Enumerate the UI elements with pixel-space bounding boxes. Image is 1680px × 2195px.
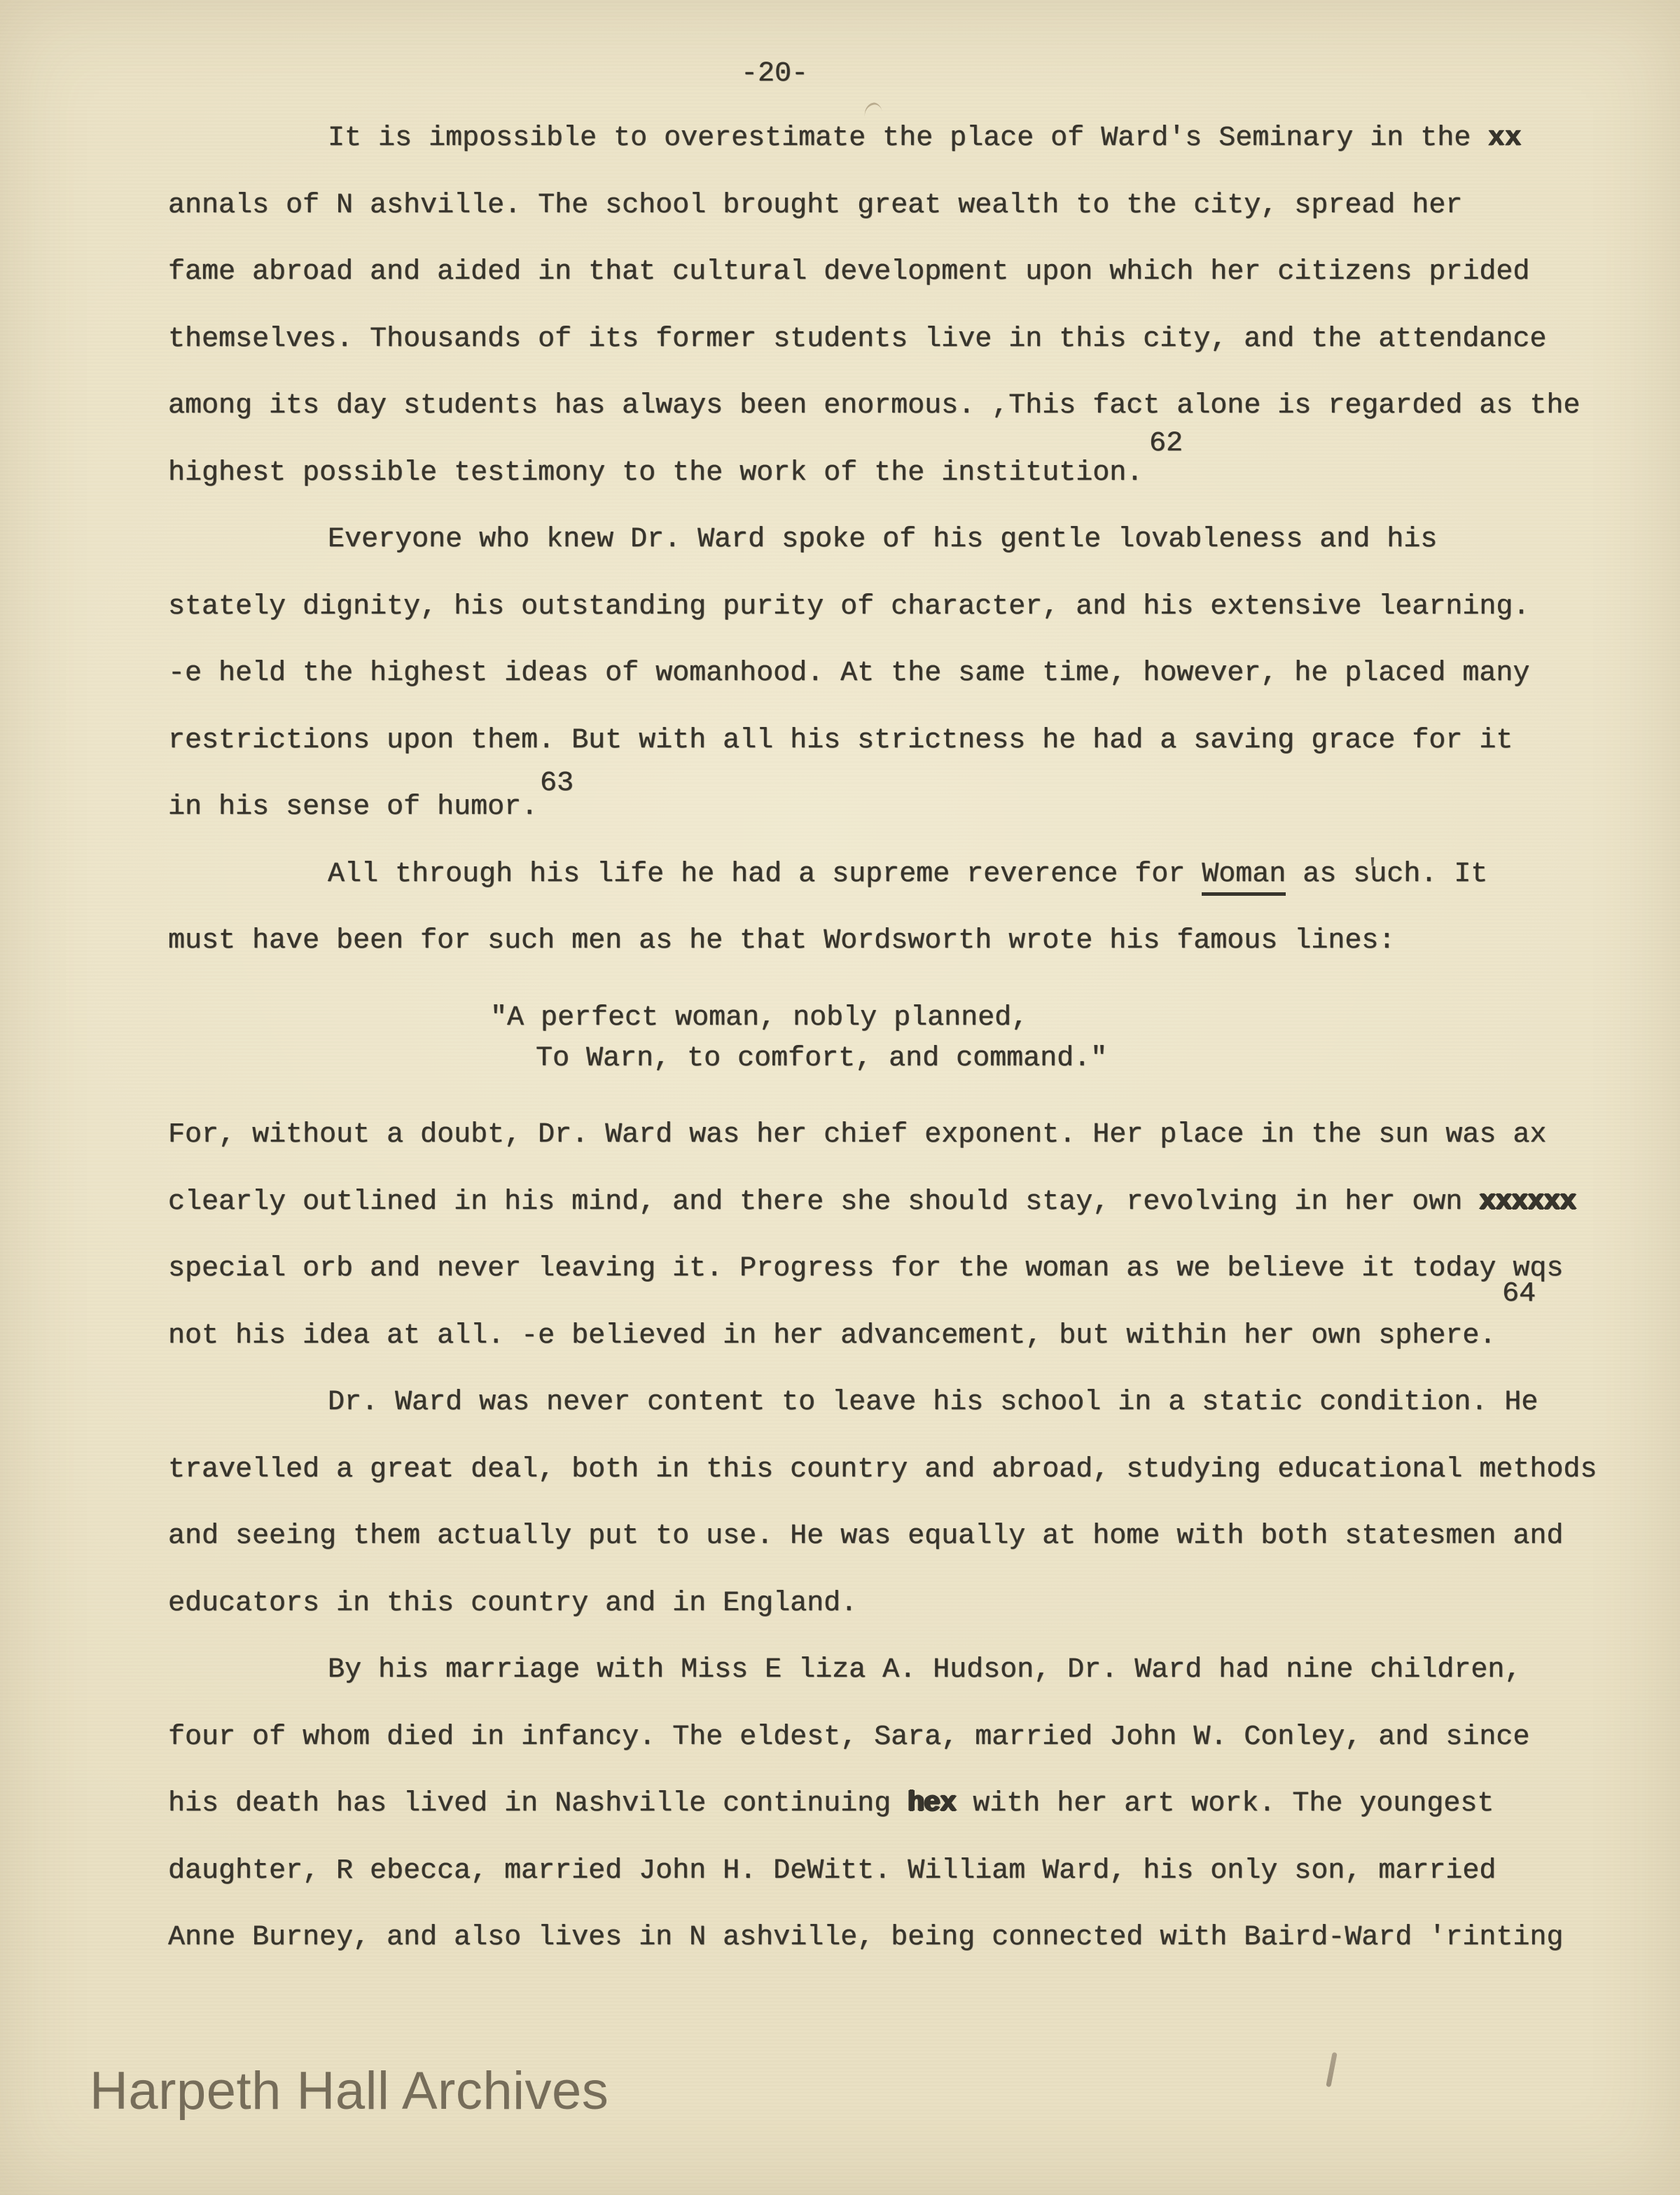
typed-segment: Anne Burney, and also lives in N ashvill… bbox=[168, 1922, 1563, 1953]
typed-segment: daughter, R ebecca, married John H. DeWi… bbox=[168, 1855, 1496, 1887]
document-page: -20- It is impossible to overestimate th… bbox=[0, 0, 1680, 2195]
typed-line: must have been for such men as he that W… bbox=[168, 927, 1395, 955]
stray-mark-tick: ' bbox=[1364, 857, 1381, 885]
typed-segment: in his sense of humor. bbox=[168, 791, 538, 823]
typed-line: travelled a great deal, both in this cou… bbox=[168, 1456, 1597, 1484]
stray-mark-squiggle bbox=[862, 102, 882, 118]
typed-line: To Warn, to comfort, and command." bbox=[536, 1045, 1107, 1073]
typed-segment: It is impossible to overestimate the pla… bbox=[328, 123, 1487, 154]
typed-line: among its day students has always been e… bbox=[168, 392, 1580, 420]
typed-segment: must have been for such men as he that W… bbox=[168, 925, 1395, 957]
typed-segment: All through his life he had a supreme re… bbox=[328, 859, 1202, 890]
typed-segment: themselves. Thousands of its former stud… bbox=[168, 324, 1546, 355]
typed-segment: among its day students has always been e… bbox=[168, 390, 1580, 422]
typed-line: It is impossible to overestimate the pla… bbox=[328, 125, 1521, 153]
typed-line: and seeing them actually put to use. He … bbox=[168, 1523, 1563, 1551]
footnote-number: 63 bbox=[540, 770, 574, 798]
typed-line: Anne Burney, and also lives in N ashvill… bbox=[168, 1924, 1563, 1952]
typed-line: four of whom died in infancy. The eldest… bbox=[168, 1724, 1529, 1752]
typed-segment: with her art work. The youngest bbox=[956, 1788, 1494, 1820]
typed-segment: travelled a great deal, both in this cou… bbox=[168, 1454, 1597, 1486]
typed-segment: annals of N ashville. The school brought… bbox=[168, 190, 1462, 221]
typed-line: stately dignity, his outstanding purity … bbox=[168, 593, 1529, 621]
typed-line: his death has lived in Nashville continu… bbox=[168, 1790, 1494, 1818]
typed-segment: his death has lived in Nashville continu… bbox=[168, 1788, 908, 1820]
typed-segment-ov: xx bbox=[1487, 123, 1521, 154]
typed-line: fame abroad and aided in that cultural d… bbox=[168, 258, 1529, 286]
typed-segment: and seeing them actually put to use. He … bbox=[168, 1521, 1563, 1552]
typed-segment: educators in this country and in England… bbox=[168, 1588, 857, 1619]
typed-line: All through his life he had a supreme re… bbox=[328, 861, 1487, 889]
typed-segment: "A perfect woman, nobly planned, bbox=[490, 1002, 1028, 1034]
typed-line: For, without a doubt, Dr. Ward was her c… bbox=[168, 1121, 1546, 1149]
typed-line: "A perfect woman, nobly planned, bbox=[490, 1004, 1028, 1032]
typed-line: restrictions upon them. But with all his… bbox=[168, 727, 1513, 755]
typed-segment: -e held the highest ideas of womanhood. … bbox=[168, 658, 1529, 689]
archive-watermark: Harpeth Hall Archives bbox=[90, 2065, 609, 2118]
typed-line: -e held the highest ideas of womanhood. … bbox=[168, 660, 1529, 688]
typed-line: themselves. Thousands of its former stud… bbox=[168, 326, 1546, 354]
typed-segment: To Warn, to comfort, and command." bbox=[536, 1043, 1107, 1074]
typed-line: not his idea at all. -e believed in her … bbox=[168, 1322, 1496, 1350]
typed-segment: highest possible testimony to the work o… bbox=[168, 457, 1143, 489]
typed-line: educators in this country and in England… bbox=[168, 1590, 857, 1618]
footnote-number: 62 bbox=[1149, 430, 1183, 458]
typed-line: By his marriage with Miss E liza A. Huds… bbox=[328, 1656, 1521, 1684]
typed-segment: restrictions upon them. But with all his… bbox=[168, 725, 1513, 756]
typed-line: special orb and never leaving it. Progre… bbox=[168, 1255, 1563, 1283]
typed-segment: For, without a doubt, Dr. Ward was her c… bbox=[168, 1119, 1546, 1151]
footnote-number: 64 bbox=[1502, 1280, 1536, 1308]
typed-line: annals of N ashville. The school brought… bbox=[168, 192, 1462, 220]
typed-segment-blot: xxxxxx bbox=[1479, 1186, 1576, 1218]
typed-segment-ul: Woman bbox=[1202, 859, 1286, 896]
typed-line: daughter, R ebecca, married John H. DeWi… bbox=[168, 1857, 1496, 1885]
typed-line: in his sense of humor. bbox=[168, 794, 538, 822]
page-number: -20- bbox=[741, 60, 808, 88]
typed-segment: four of whom died in infancy. The eldest… bbox=[168, 1722, 1529, 1753]
typed-line: Everyone who knew Dr. Ward spoke of his … bbox=[328, 526, 1437, 554]
typed-segment: special orb and never leaving it. Progre… bbox=[168, 1253, 1563, 1285]
typed-segment: as such. It bbox=[1286, 859, 1487, 890]
typed-line: highest possible testimony to the work o… bbox=[168, 459, 1143, 487]
typed-segment: stately dignity, his outstanding purity … bbox=[168, 591, 1529, 623]
typed-segment: Dr. Ward was never content to leave his … bbox=[328, 1387, 1538, 1418]
typed-segment: By his marriage with Miss E liza A. Huds… bbox=[328, 1654, 1521, 1686]
typed-line: Dr. Ward was never content to leave his … bbox=[328, 1389, 1538, 1417]
typed-segment: Everyone who knew Dr. Ward spoke of his … bbox=[328, 524, 1437, 555]
typed-segment: clearly outlined in his mind, and there … bbox=[168, 1186, 1479, 1218]
typed-segment: not his idea at all. -e believed in her … bbox=[168, 1320, 1496, 1352]
typed-segment-blot: hex bbox=[908, 1788, 956, 1820]
stray-mark-pen-stroke bbox=[1326, 2052, 1337, 2087]
typed-line: clearly outlined in his mind, and there … bbox=[168, 1189, 1576, 1217]
typed-segment: fame abroad and aided in that cultural d… bbox=[168, 256, 1529, 288]
